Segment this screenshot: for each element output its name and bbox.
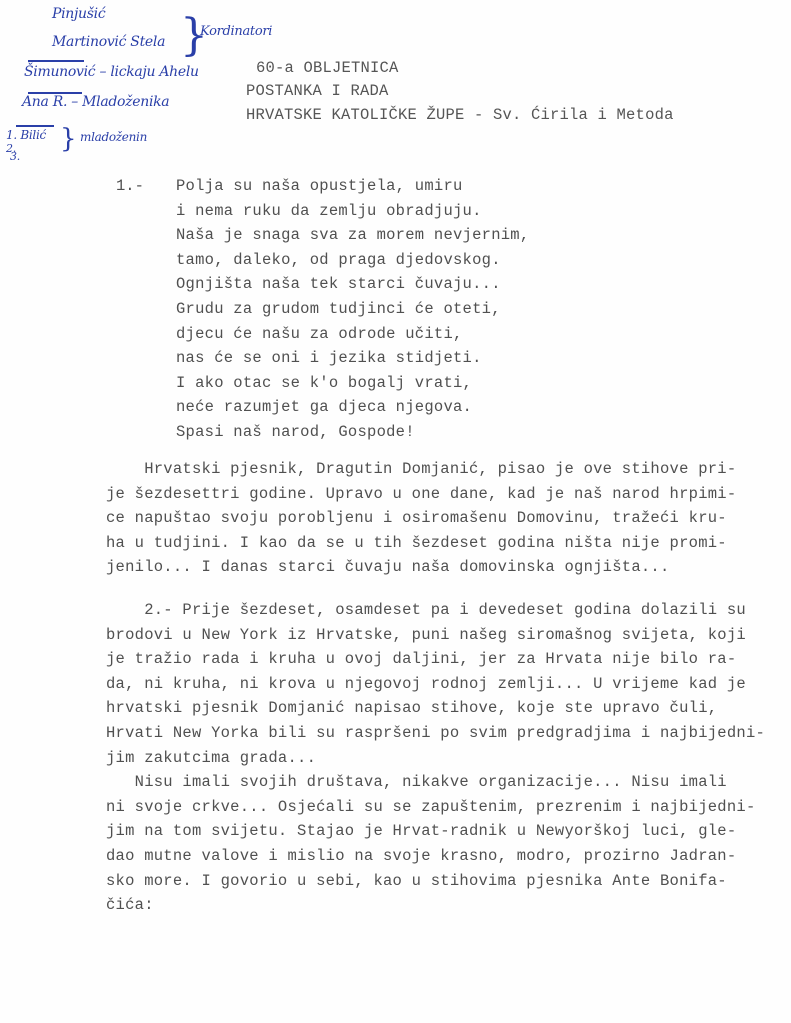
heading-line-1: 60-a OBLJETNICA — [256, 56, 399, 80]
text-line: Naša je snaga sva za morem nevjernim, — [176, 223, 529, 248]
text-line: čića: — [106, 893, 765, 918]
handwritten-note-grooms: mladoženin — [80, 130, 147, 144]
text-line: brodovi u New York iz Hrvatske, puni naš… — [106, 623, 765, 648]
handwritten-note-name-1: Pinjušić — [52, 6, 105, 22]
text-line: da, ni kruha, ni krova u njegovoj rodnoj… — [106, 672, 765, 697]
text-line: dao mutne valove i mislio na svoje krasn… — [106, 844, 765, 869]
text-line: Hrvati New Yorka bili su raspršeni po sv… — [106, 721, 765, 746]
text-line: Spasi naš narod, Gospode! — [176, 420, 529, 445]
handwritten-note-coordinators: Kordinatori — [200, 24, 272, 39]
text-line: 2.- Prije šezdeset, osamdeset pa i deved… — [106, 598, 765, 623]
text-line: Hrvatski pjesnik, Dragutin Domjanić, pis… — [106, 457, 736, 482]
text-line: jim zakutcima grada... — [106, 746, 765, 771]
text-line: Grudu za grudom tudjinci će oteti, — [176, 297, 529, 322]
text-line: tamo, daleko, od praga djedovskog. — [176, 248, 529, 273]
text-line: je tražio rada i kruha u ovoj daljini, j… — [106, 647, 765, 672]
heading-line-2: POSTANKA I RADA — [246, 79, 389, 103]
text-line: I ako otac se k'o bogalj vrati, — [176, 371, 529, 396]
text-line: Polja su naša opustjela, umiru — [176, 174, 529, 199]
handwritten-brace-icon: } — [60, 126, 77, 152]
text-line: ni svoje crkve... Osjećali su se zapušte… — [106, 795, 765, 820]
text-line: je šezdesettri godine. Upravo u one dane… — [106, 482, 736, 507]
text-line: sko more. I govorio u sebi, kao u stihov… — [106, 869, 765, 894]
handwritten-note-name-3: Šimunović – lickaju Ahelu — [24, 64, 199, 80]
text-line: nas će se oni i jezika stidjeti. — [176, 346, 529, 371]
text-line: ce napuštao svoju porobljenu i osiromaše… — [106, 506, 736, 531]
text-line: hrvatski pjesnik Domjanić napisao stihov… — [106, 696, 765, 721]
heading-line-3: HRVATSKE KATOLIČKE ŽUPE - Sv. Ćirila i M… — [246, 103, 674, 127]
paragraph-2: 2.- Prije šezdeset, osamdeset pa i deved… — [106, 598, 765, 918]
text-line: i nema ruku da zemlju obradjuju. — [176, 199, 529, 224]
text-line: djecu će našu za odrode učiti, — [176, 322, 529, 347]
handwritten-underline — [16, 125, 54, 127]
handwritten-list-item-3: 3. — [10, 150, 20, 163]
handwritten-note-name-2: Martinović Stela — [52, 34, 165, 50]
text-line: jenilo... I danas starci čuvaju naša dom… — [106, 555, 736, 580]
section-number-1: 1.- — [116, 174, 144, 199]
text-line: Ognjišta naša tek starci čuvaju... — [176, 272, 529, 297]
poem-block: Polja su naša opustjela, umirui nema ruk… — [176, 174, 529, 445]
text-line: ha u tudjini. I kao da se u tih šezdeset… — [106, 531, 736, 556]
handwritten-note-name-4: Ana R. – Mladoženika — [22, 94, 169, 110]
paragraph-1: Hrvatski pjesnik, Dragutin Domjanić, pis… — [106, 457, 736, 580]
document-page: Pinjušić Martinović Stela } Kordinatori … — [0, 0, 791, 1023]
text-line: neće razumjet ga djeca njegova. — [176, 395, 529, 420]
text-line: jim na tom svijetu. Stajao je Hrvat-radn… — [106, 819, 765, 844]
handwritten-underline — [28, 60, 84, 62]
handwritten-list-item-1: 1. Bilić — [6, 128, 46, 142]
text-line: Nisu imali svojih društava, nikakve orga… — [106, 770, 765, 795]
